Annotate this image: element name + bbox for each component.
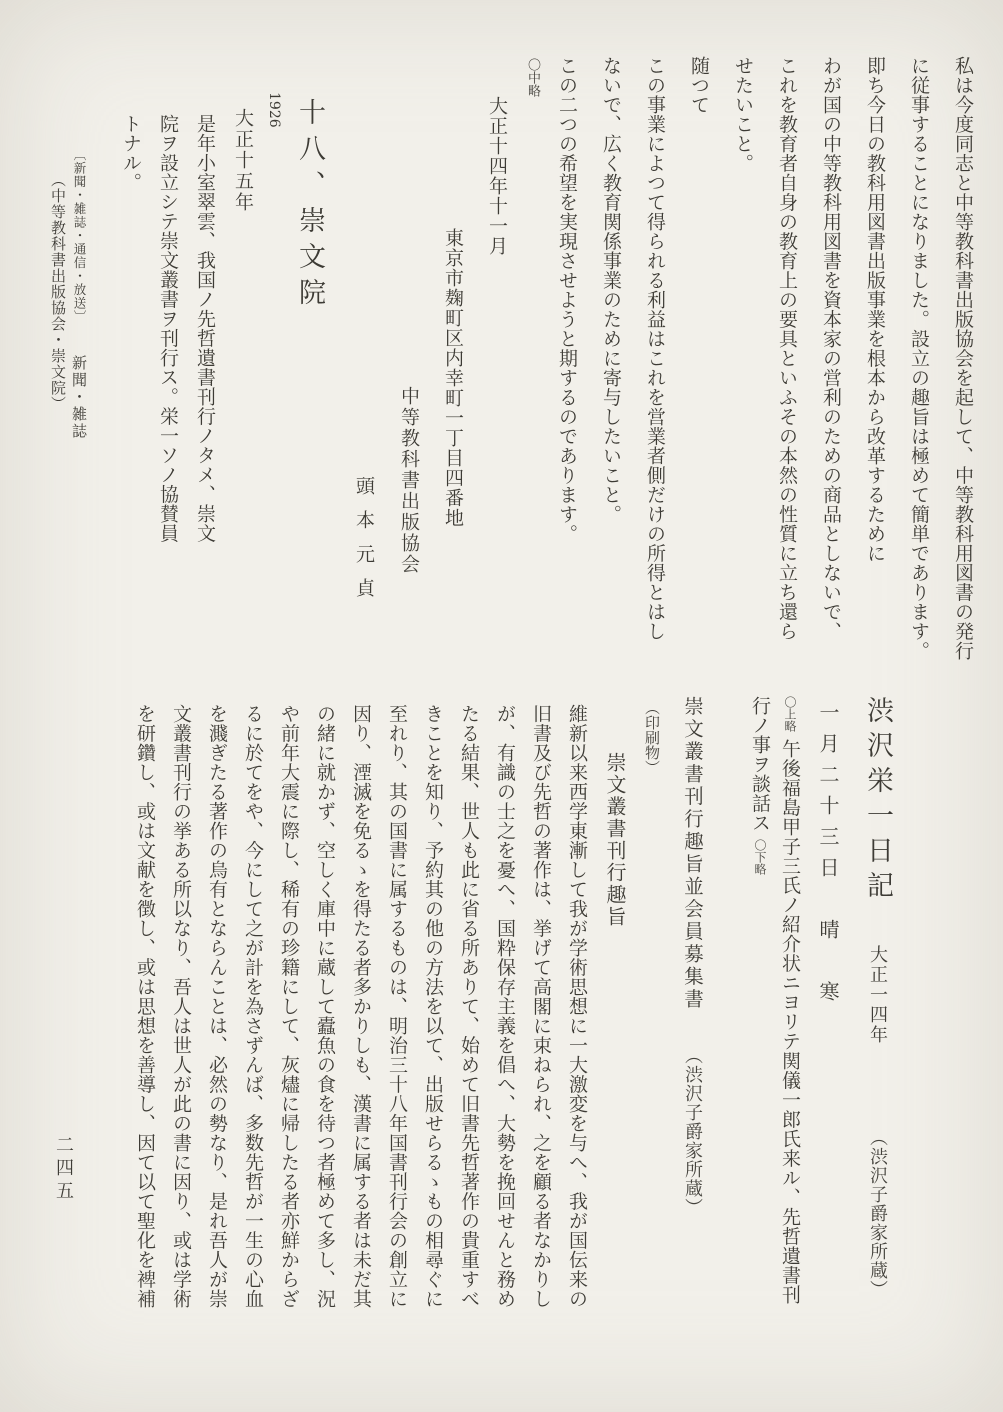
diary-prospectus-block: 渋沢栄一日記 大正一四年 （渋沢子爵家所蔵） 一月二十三日 晴 寒 〇上略 午後… <box>127 696 903 1360</box>
diary-title: 渋沢栄一日記 <box>862 696 893 906</box>
letter-column: これを教育者自身の教育上の要具といふその本然の性質に立ち還ら <box>765 56 809 698</box>
letter-column: ないで、広く教育関係事業のために寄与したいこと。 <box>589 56 633 698</box>
letter-column: 私は今度同志と中等教科書出版協会を起して、中等教科用図書の発行 <box>941 56 985 698</box>
diary-entry-text: 午後福島甲子三氏ノ紹介状ニヨリテ関儀一郎氏来ル、先哲遺書刊 <box>779 739 801 1305</box>
diary-title-era: 大正一四年 <box>851 945 903 1045</box>
printed-matter-label: （印刷物） <box>635 696 669 1360</box>
prospectus-title: 崇文叢書刊行趣旨並会員募集書 <box>681 696 704 1011</box>
prospectus-body-column: きことを知り、予約其の他の方法を以て、出版せらるゝもの相尋ぐに <box>415 696 451 1360</box>
prospectus-subheading: 崇文叢書刊行趣旨 <box>595 696 635 1360</box>
prospectus-body-column: や前年大震に際し、稀有の珍籍にして、灰燼に帰したる者亦鮮からざ <box>271 696 307 1360</box>
letter-column: 即ち今日の教科用図書出版事業を根本から改革するために <box>853 56 897 698</box>
diary-date-line: 一月二十三日 晴 寒 <box>805 696 851 1360</box>
diary-entry-column: 行ノ事ヲ談話ス 〇下略 <box>745 696 775 1360</box>
margin-category: 〔新聞・雑誌・通信・放送〕 <box>70 148 88 324</box>
margin-running-title: 〔新聞・雑誌・通信・放送〕 新聞・雑誌 （中等教科書出版協会・崇文院） <box>48 148 90 668</box>
prospectus-body-column: 因り、湮滅を免るゝを得たる者多かりしも、漢書に属する者は未だ其 <box>343 696 379 1360</box>
section-entry-column: 是年小室翠雲、我国ノ先哲遺書刊行ノタメ、崇文 <box>186 56 223 698</box>
letter-column: に従事することになりました。設立の趣旨は極めて簡単であります。 <box>897 56 941 698</box>
section-heading: 十八、崇文院 <box>285 56 333 698</box>
letter-address: 東京市麹町区内幸町一丁目四番地 <box>431 56 475 698</box>
letter-column: わが国の中等教科用図書を資本家の営利のための商品としないで、 <box>809 56 853 698</box>
section-entry-column: トナル。 <box>112 56 149 698</box>
prospectus-provenance: （渋沢子爵家所蔵） <box>669 1046 715 1217</box>
omission-mark: 〇中略 <box>519 56 545 698</box>
prospectus-body-column: の緒に就かず、空しく庫中に蔵して蠹魚の食を待つ者極めて多し、況 <box>307 696 343 1360</box>
prospectus-body-column: が、有識の士之を憂へ、国粋保存主義を倡へ、大勢を挽回せんと務め <box>487 696 523 1360</box>
letter-block: 私は今度同志と中等教科書出版協会を起して、中等教科用図書の発行 に従事することに… <box>112 56 985 698</box>
letter-signatory: 頭本元貞 <box>341 56 387 698</box>
diary-entry-column: 〇上略 午後福島甲子三氏ノ紹介状ニヨリテ関儀一郎氏来ル、先哲遺書刊 <box>775 696 805 1360</box>
prospectus-body-column: るに於てをや、今にして之が計を為さずんば、多数先哲が一生の心血 <box>235 696 271 1360</box>
letter-organization: 中等教科書出版協会 <box>387 56 431 698</box>
diary-entry-text: 行ノ事ヲ談話ス <box>749 696 771 833</box>
letter-column: 随つて <box>677 56 721 698</box>
prospectus-body-column: 至れり、其の国書に属するものは、明治三十八年国書刊行会の創立に <box>379 696 415 1360</box>
letter-column: せたいこと。 <box>721 56 765 698</box>
prospectus-body-column: を濺ぎたる著作の烏有とならんことは、必然の勢なり、是れ吾人が崇 <box>199 696 235 1360</box>
margin-source: （中等教科書出版協会・崇文院） <box>48 172 69 412</box>
section-year-western: 1926 <box>263 56 285 698</box>
letter-column: この二つの希望を実現させようと期するのであります。 <box>545 56 589 698</box>
prospectus-body-column: たる結果、世人も此に省る所ありて、始めて旧書先哲著作の貴重すべ <box>451 696 487 1360</box>
letter-column: この事業によつて得られる利益はこれを営業者側だけの所得とはし <box>633 56 677 698</box>
margin-subcategory: 新聞・雑誌 <box>69 355 90 440</box>
letter-date: 大正十四年十一月 <box>475 56 519 698</box>
section-year-era: 大正十五年 <box>223 56 263 698</box>
omission-lower-mark: 〇下略 <box>753 839 767 875</box>
scanned-book-page: 私は今度同志と中等教科書出版協会を起して、中等教科用図書の発行 に従事することに… <box>0 0 1003 1412</box>
prospectus-body-column: 維新以来西学東漸して我が学術思想に一大激変を与へ、我が国伝来の <box>559 696 595 1360</box>
section-entry-column: 院ヲ設立シテ崇文叢書ヲ刊行ス。栄一ソノ協賛員 <box>149 56 186 698</box>
prospectus-body-column: 旧書及び先哲の著作は、挙げて高閣に束ねられ、之を顧る者なかりし <box>523 696 559 1360</box>
prospectus-title-column: 崇文叢書刊行趣旨並会員募集書 （渋沢子爵家所蔵） <box>669 696 715 1360</box>
diary-provenance: （渋沢子爵家所蔵） <box>851 1128 903 1299</box>
prospectus-body-column: を研鑽し、或は文献を徴し、或は思想を善導し、因て以て聖化を裨補 <box>127 696 163 1360</box>
omission-upper-mark: 〇上略 <box>783 696 797 732</box>
diary-title-column: 渋沢栄一日記 大正一四年 （渋沢子爵家所蔵） <box>851 696 903 1360</box>
page-number: 二四五 <box>50 1135 76 1204</box>
prospectus-body-column: 文叢書刊行の挙ある所以なり、吾人は世人が此の書に因り、或は学術 <box>163 696 199 1360</box>
